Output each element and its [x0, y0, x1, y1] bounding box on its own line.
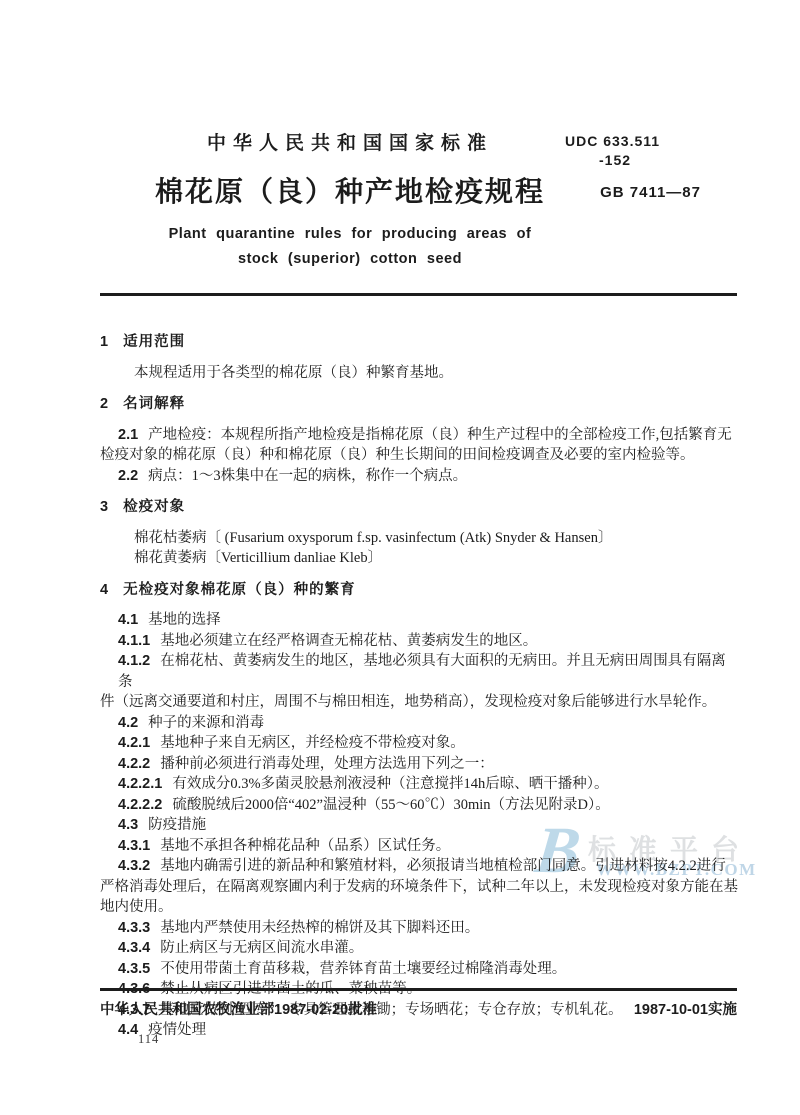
body-line: 2.2病点：1～3株集中在一起的病株，称作一个病点。	[100, 466, 740, 487]
clause-number: 4.1.2	[118, 653, 150, 669]
clause-text: 基地内严禁使用未经热榨的棉饼及其下脚料还田。	[160, 920, 479, 936]
body-line: 检疫对象的棉花原（良）种和棉花原（良）种生长期间的田间检疫调查及必要的室内检验等…	[100, 445, 740, 466]
body-line: 2.1产地检疫：本规程所指产地检疫是指棉花原（良）种生产过程中的全部检疫工作,包…	[100, 425, 740, 446]
header-divider-rule	[100, 293, 737, 296]
clause-number: 4.3.4	[118, 940, 150, 956]
udc-number-line2: -152	[565, 151, 697, 170]
body-line: 件（远离交通要道和村庄，周围不与棉田相连，地势稍高），发现检疫对象后能够进行水旱…	[100, 692, 740, 713]
body-line: 严格消毒处理后，在隔离观察圃内利于发病的环境条件下，试种二年以上，未发现检疫对象…	[100, 877, 740, 898]
body-line: 4.3.1基地不承担各种棉花品种（品系）区试任务。	[100, 836, 740, 857]
clause-text: 名词解释	[123, 396, 185, 412]
clause-number: 2.1	[118, 427, 138, 443]
body-line: 4.2.2.1有效成分0.3%多菌灵胶悬剂液浸种（注意搅拌14h后晾、晒干播种）…	[100, 774, 740, 795]
implementation-date: 1987-10-01实施	[634, 998, 737, 1019]
standard-title-en: Plant quarantine rules for producing are…	[100, 222, 600, 272]
body-line: 4.4疫情处理	[100, 1020, 740, 1041]
body-line: 4.2种子的来源和消毒	[100, 713, 740, 734]
clause-text: 禁止从病区引进带菌土的瓜、菜秧苗等。	[160, 981, 421, 997]
clause-number: 4.2.2.2	[118, 797, 162, 813]
clause-text: 硫酸脱绒后2000倍“402”温浸种（55～60℃）30min（方法见附录D）。	[172, 797, 609, 813]
standard-title-cn: 棉花原（良）种产地检疫规程	[100, 170, 600, 210]
standard-title-en-line2: stock (superior) cotton seed	[100, 247, 600, 272]
body-line: 4.1基地的选择	[100, 610, 740, 631]
body-line: 4.3.4防止病区与无病区间流水串灌。	[100, 938, 740, 959]
clause-text: 适用范围	[123, 334, 185, 350]
body-line: 4.1.1基地必须建立在经严格调查无棉花枯、黄萎病发生的地区。	[100, 631, 740, 652]
body-line: 棉花枯萎病〔 (Fusarium oxysporum f.sp. vasinfe…	[100, 528, 740, 549]
body-line: 4.3.5不使用带菌土育苗移栽，营养钵育苗土壤要经过棉隆消毒处理。	[100, 959, 740, 980]
clause-text: 防疫措施	[148, 817, 206, 833]
document-header: 中华人民共和国国家标准 UDC 633.511 -152 棉花原（良）种产地检疫…	[100, 120, 737, 285]
body-line: 4.2.2.2硫酸脱绒后2000倍“402”温浸种（55～60℃）30min（方…	[100, 795, 740, 816]
document-footer: 中华人民共和国农牧渔业部1987-02-20批准 1987-10-01实施	[100, 998, 737, 1019]
clause-number: 2	[100, 396, 109, 412]
clause-text: 地内使用。	[100, 899, 173, 915]
clause-number: 1	[100, 334, 109, 350]
clause-number: 4	[100, 582, 109, 598]
body-line: 4.1.2在棉花枯、黄萎病发生的地区，基地必须具有大面积的无病田。并且无病田周围…	[100, 651, 740, 692]
section-heading: 1适用范围	[100, 332, 740, 353]
clause-text: 产地检疫：本规程所指产地检疫是指棉花原（良）种生产过程中的全部检疫工作,包括繁育…	[148, 427, 732, 443]
clause-text: 病点：1～3株集中在一起的病株，称作一个病点。	[148, 468, 467, 484]
clause-text: 不使用带菌土育苗移栽，营养钵育苗土壤要经过棉隆消毒处理。	[160, 961, 566, 977]
clause-text: 防止病区与无病区间流水串灌。	[160, 940, 363, 956]
clause-text: 无检疫对象棉花原（良）种的繁育	[123, 582, 356, 598]
clause-text: 播种前必须进行消毒处理，处理方法选用下列之一：	[160, 756, 494, 772]
clause-text: 本规程适用于各类型的棉花原（良）种繁育基地。	[134, 365, 453, 381]
page-number: 114	[138, 1032, 159, 1047]
section-heading: 4无检疫对象棉花原（良）种的繁育	[100, 580, 740, 601]
body-line: 4.2.1基地种子来自无病区，并经检疫不带检疫对象。	[100, 733, 740, 754]
body-line: 4.3.3基地内严禁使用未经热榨的棉饼及其下脚料还田。	[100, 918, 740, 939]
clause-text: 基地种子来自无病区，并经检疫不带检疫对象。	[160, 735, 465, 751]
clause-text: 棉花黄萎病〔Verticillium danliae Kleb〕	[134, 550, 382, 566]
scanned-standard-document-page: 中华人民共和国国家标准 UDC 633.511 -152 棉花原（良）种产地检疫…	[0, 0, 800, 1115]
clause-text: 种子的来源和消毒	[148, 715, 264, 731]
clause-number: 3	[100, 499, 109, 515]
standard-number: GB 7411—87	[600, 184, 701, 201]
body-line: 地内使用。	[100, 897, 740, 918]
clause-number: 4.2.2	[118, 756, 150, 772]
body-line: 棉花黄萎病〔Verticillium danliae Kleb〕	[100, 548, 740, 569]
section-heading: 3检疫对象	[100, 497, 740, 518]
clause-number: 2.2	[118, 468, 138, 484]
clause-text: 有效成分0.3%多菌灵胶悬剂液浸种（注意搅拌14h后晾、晒干播种）。	[172, 776, 608, 792]
body-line: 4.2.2播种前必须进行消毒处理，处理方法选用下列之一：	[100, 754, 740, 775]
section-heading: 2名词解释	[100, 394, 740, 415]
udc-classification: UDC 633.511 -152	[565, 132, 697, 170]
udc-number-line1: UDC 633.511	[565, 132, 697, 151]
clause-text: 检疫对象的棉花原（良）种和棉花原（良）种生长期间的田间检疫调查及必要的室内检验等…	[100, 447, 695, 463]
national-standard-label: 中华人民共和国国家标准	[100, 128, 600, 155]
clause-number: 4.1	[118, 612, 138, 628]
body-line: 4.3.2基地内确需引进的新品种和繁殖材料，必须报请当地植检部门同意。引进材料按…	[100, 856, 740, 877]
clause-text: 检疫对象	[123, 499, 185, 515]
clause-number: 4.2.1	[118, 735, 150, 751]
clause-text: 基地的选择	[148, 612, 221, 628]
clause-number: 4.2	[118, 715, 138, 731]
clause-number: 4.1.1	[118, 633, 150, 649]
approval-statement: 中华人民共和国农牧渔业部1987-02-20批准	[100, 998, 377, 1019]
clause-number: 4.4	[118, 1022, 138, 1038]
body-line: 4.3.6禁止从病区引进带菌土的瓜、菜秧苗等。	[100, 979, 740, 1000]
clause-number: 4.3.1	[118, 838, 150, 854]
clause-number: 4.3.3	[118, 920, 150, 936]
standard-title-en-line1: Plant quarantine rules for producing are…	[100, 222, 600, 247]
clause-text: 件（远离交通要道和村庄，周围不与棉田相连，地势稍高），发现检疫对象后能够进行水旱…	[100, 694, 716, 710]
clause-number: 4.2.2.1	[118, 776, 162, 792]
clause-text: 严格消毒处理后，在隔离观察圃内利于发病的环境条件下，试种二年以上，未发现检疫对象…	[100, 879, 738, 895]
clause-text: 基地必须建立在经严格调查无棉花枯、黄萎病发生的地区。	[160, 633, 537, 649]
clause-text: 棉花枯萎病〔 (Fusarium oxysporum f.sp. vasinfe…	[134, 530, 612, 546]
clause-number: 4.3.5	[118, 961, 150, 977]
clause-number: 4.3.6	[118, 981, 150, 997]
document-body: 1适用范围本规程适用于各类型的棉花原（良）种繁育基地。2名词解释2.1产地检疫：…	[100, 321, 740, 1041]
clause-text: 基地内确需引进的新品种和繁殖材料，必须报请当地植检部门同意。引进材料按4.2.2…	[160, 858, 726, 874]
body-line: 4.3防疫措施	[100, 815, 740, 836]
clause-text: 在棉花枯、黄萎病发生的地区，基地必须具有大面积的无病田。并且无病田周围具有隔离条	[118, 653, 726, 690]
clause-text: 基地不承担各种棉花品种（品系）区试任务。	[160, 838, 450, 854]
body-line: 本规程适用于各类型的棉花原（良）种繁育基地。	[100, 363, 740, 384]
clause-number: 4.3.2	[118, 858, 150, 874]
clause-number: 4.3	[118, 817, 138, 833]
